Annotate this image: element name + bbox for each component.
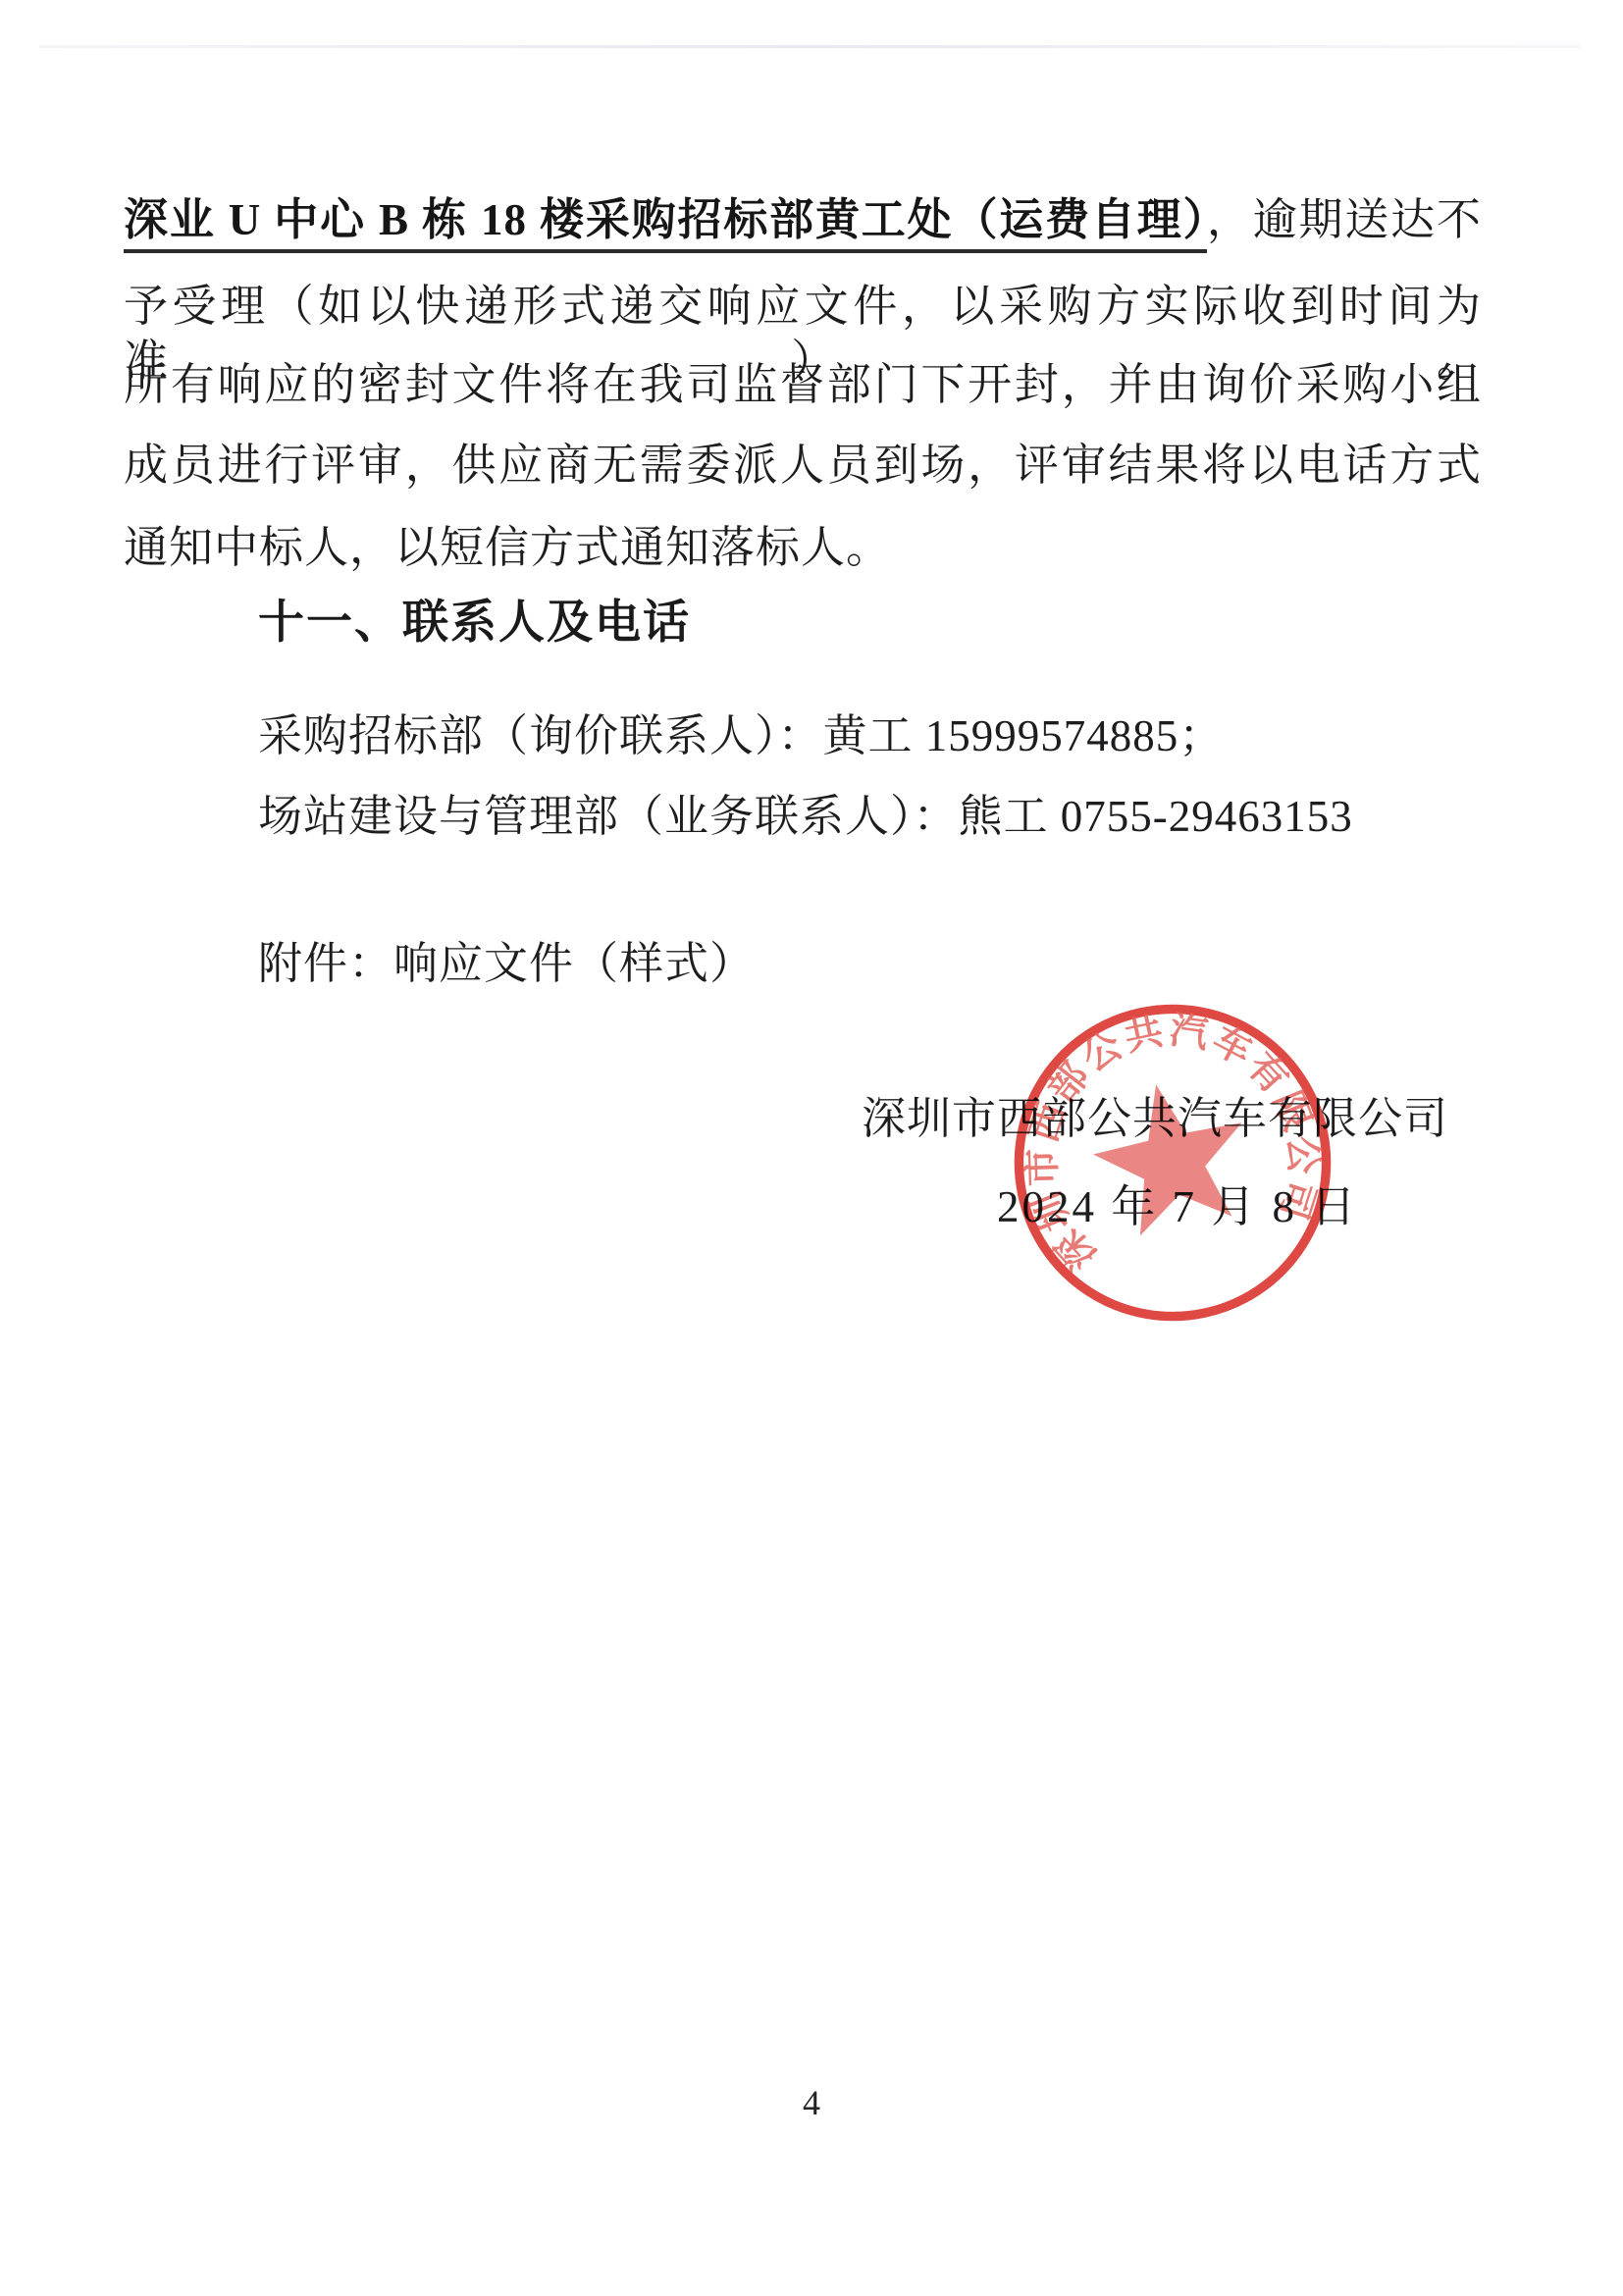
seal-star-icon	[1081, 1069, 1260, 1241]
page-number: 4	[0, 2082, 1623, 2123]
paragraph-line-1: 深业 U 中心 B 栋 18 楼采购招标部黄工处（运费自理），逾期送达不	[124, 192, 1482, 247]
paragraph-line-3: 所有响应的密封文件将在我司监督部门下开封，并由询价采购小组	[124, 357, 1482, 412]
paragraph-line-5: 通知中标人，以短信方式通知落标人。	[124, 520, 1482, 575]
company-seal-svg: 深圳市西部公共汽车有限公司	[978, 968, 1367, 1357]
contact-station-dept: 场站建设与管理部（业务联系人）：熊工 0755-29463153	[258, 789, 1494, 844]
section-heading-contacts: 十一、联系人及电话	[258, 595, 691, 650]
document-page: { "doc": { "lines": { "l1_bold": "深业 U 中…	[0, 0, 1623, 2296]
contact-procurement-dept: 采购招标部（询价联系人）：黄工 15999574885；	[258, 708, 1494, 763]
attachment-note: 附件：响应文件（样式）	[258, 936, 1494, 991]
delivery-address-bold-underlined: 深业 U 中心 B 栋 18 楼采购招标部黄工处（运费自理）	[124, 195, 1207, 253]
paragraph-line-1-rest: ，逾期送达不	[1207, 195, 1482, 244]
scan-artifact-line	[39, 45, 1580, 48]
company-seal-stamp: 深圳市西部公共汽车有限公司	[978, 968, 1367, 1357]
paragraph-line-4: 成员进行评审，供应商无需委派人员到场，评审结果将以电话方式	[124, 438, 1482, 493]
